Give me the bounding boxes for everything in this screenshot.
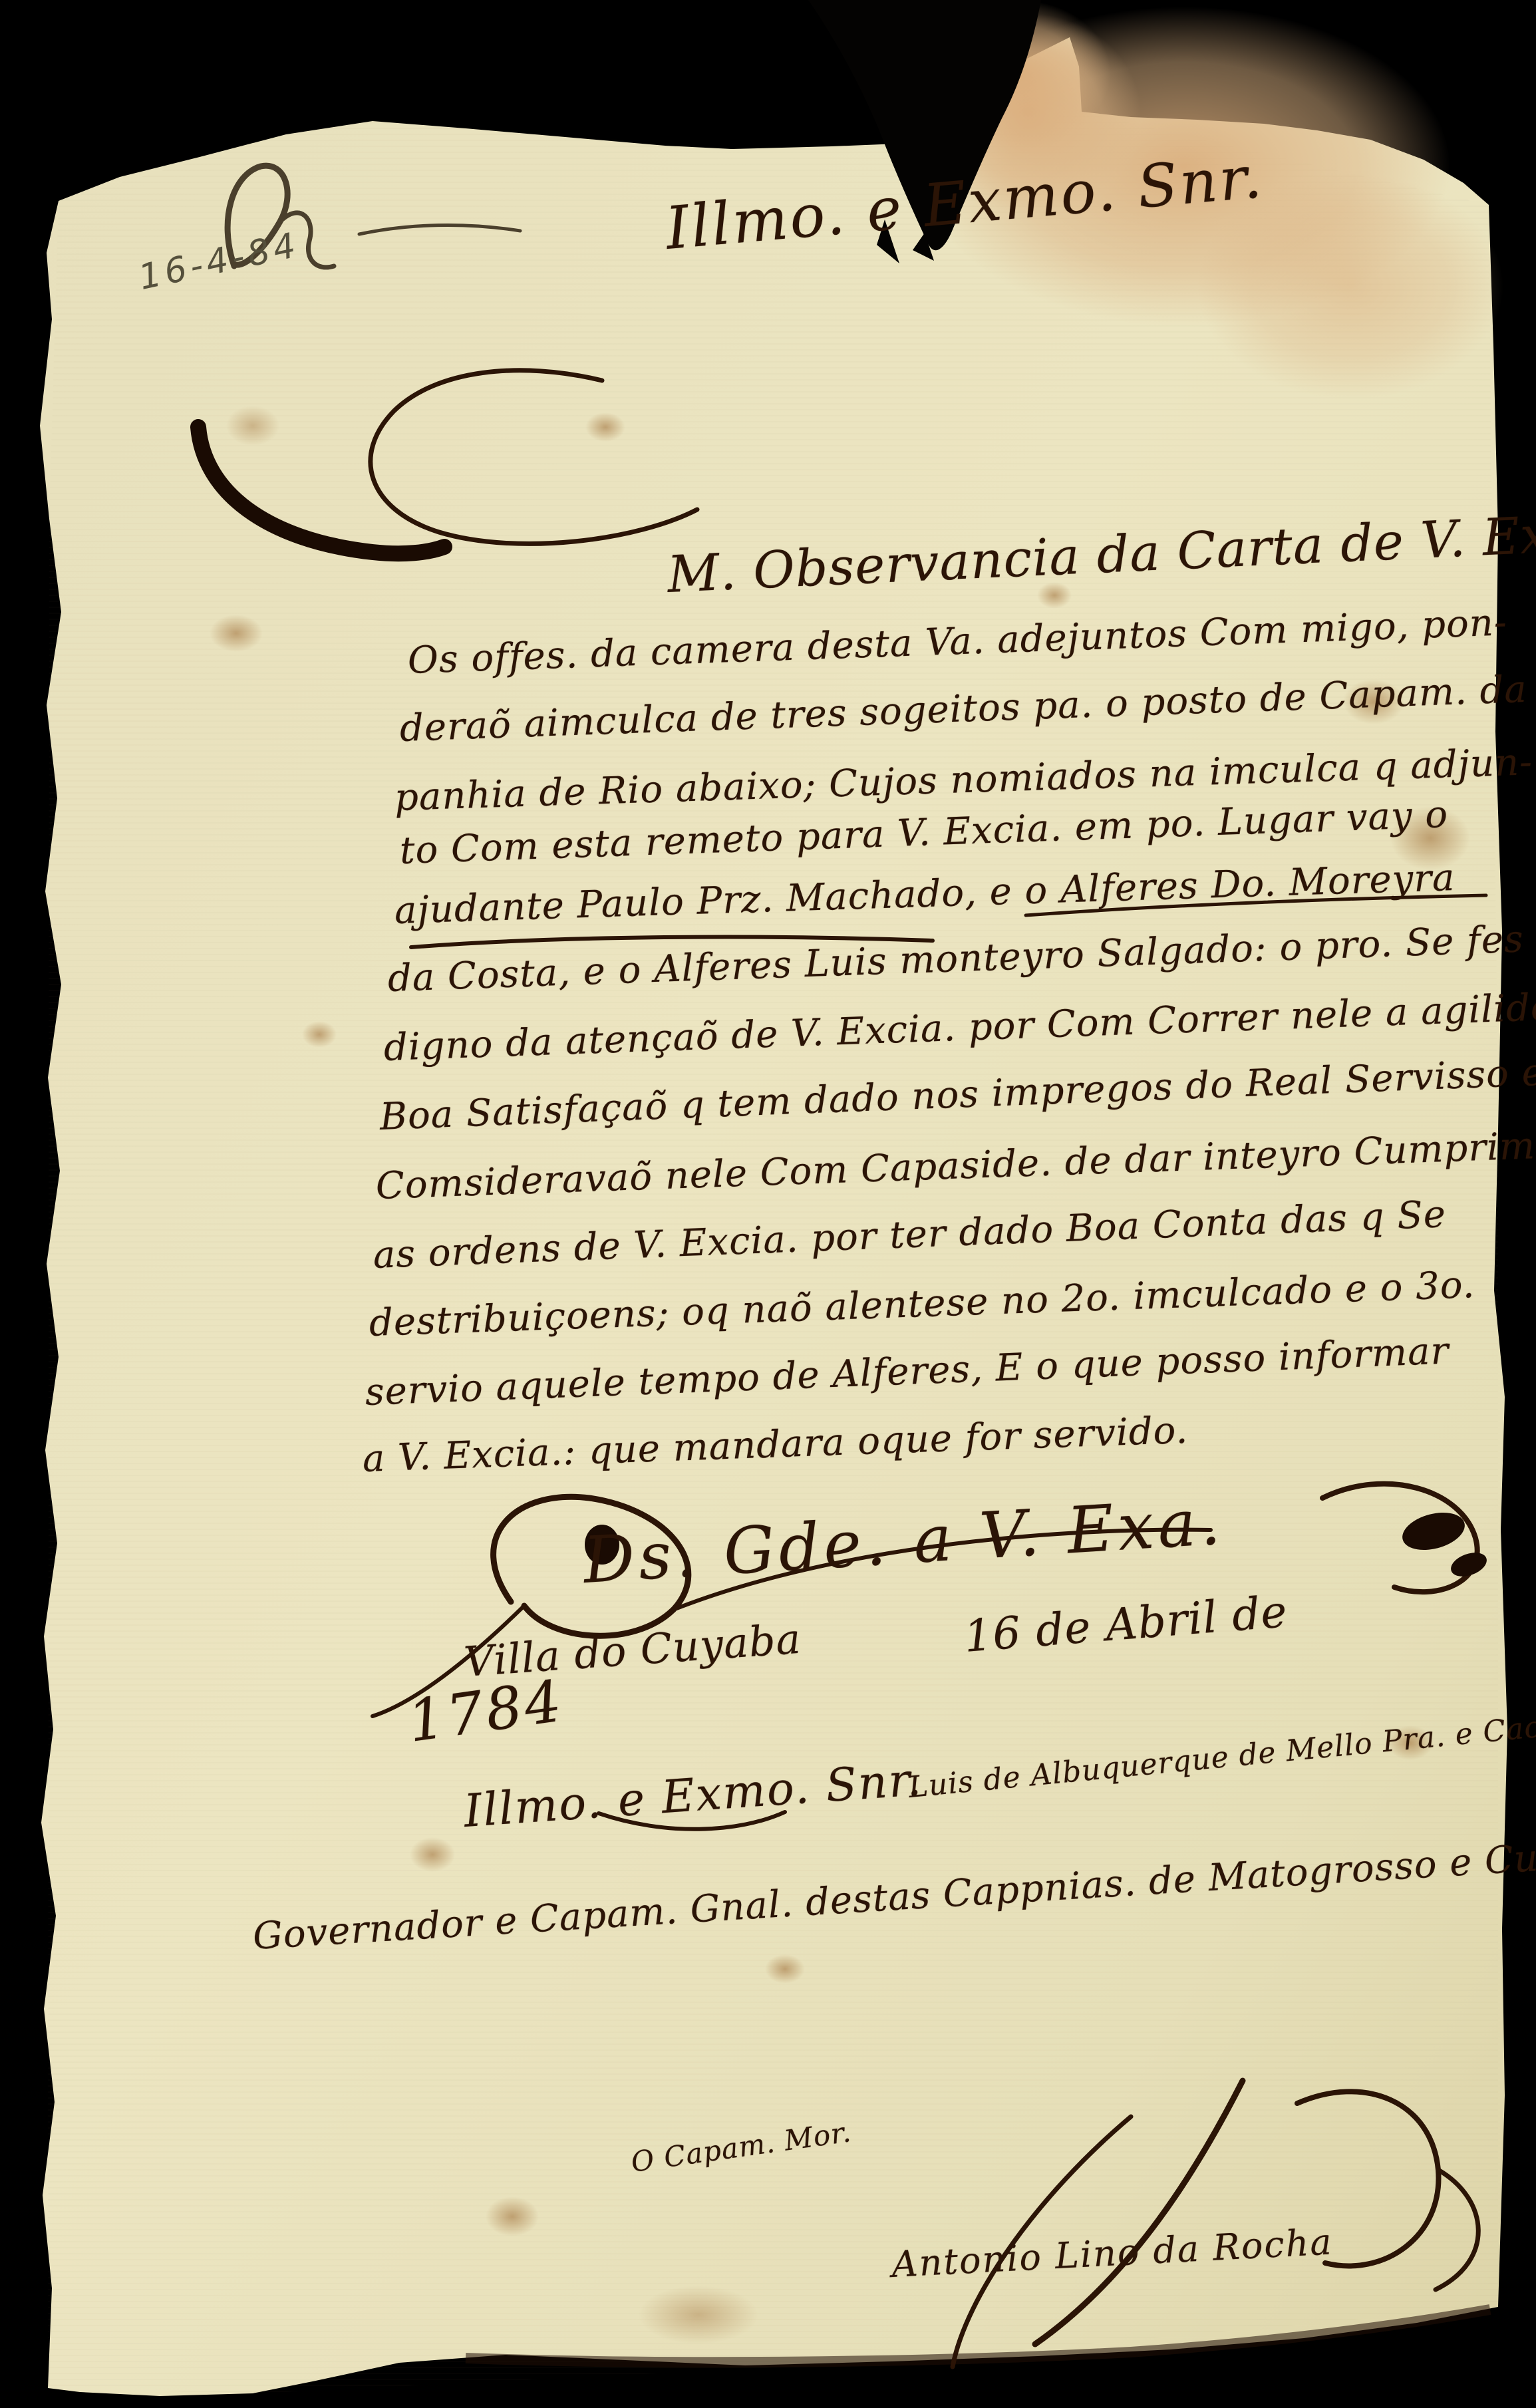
fox-spot — [210, 615, 263, 652]
fox-spot — [639, 2286, 758, 2344]
fox-spot — [302, 1021, 337, 1048]
fox-spot — [410, 1837, 455, 1872]
fox-spot — [765, 1954, 805, 1984]
fox-spot — [226, 406, 279, 446]
fox-spot — [486, 2196, 539, 2236]
fox-spot — [585, 412, 625, 442]
manuscript-scan: 16-4-84 Illmo. e Exmo. Snr. M. Observanc… — [0, 0, 1536, 2408]
